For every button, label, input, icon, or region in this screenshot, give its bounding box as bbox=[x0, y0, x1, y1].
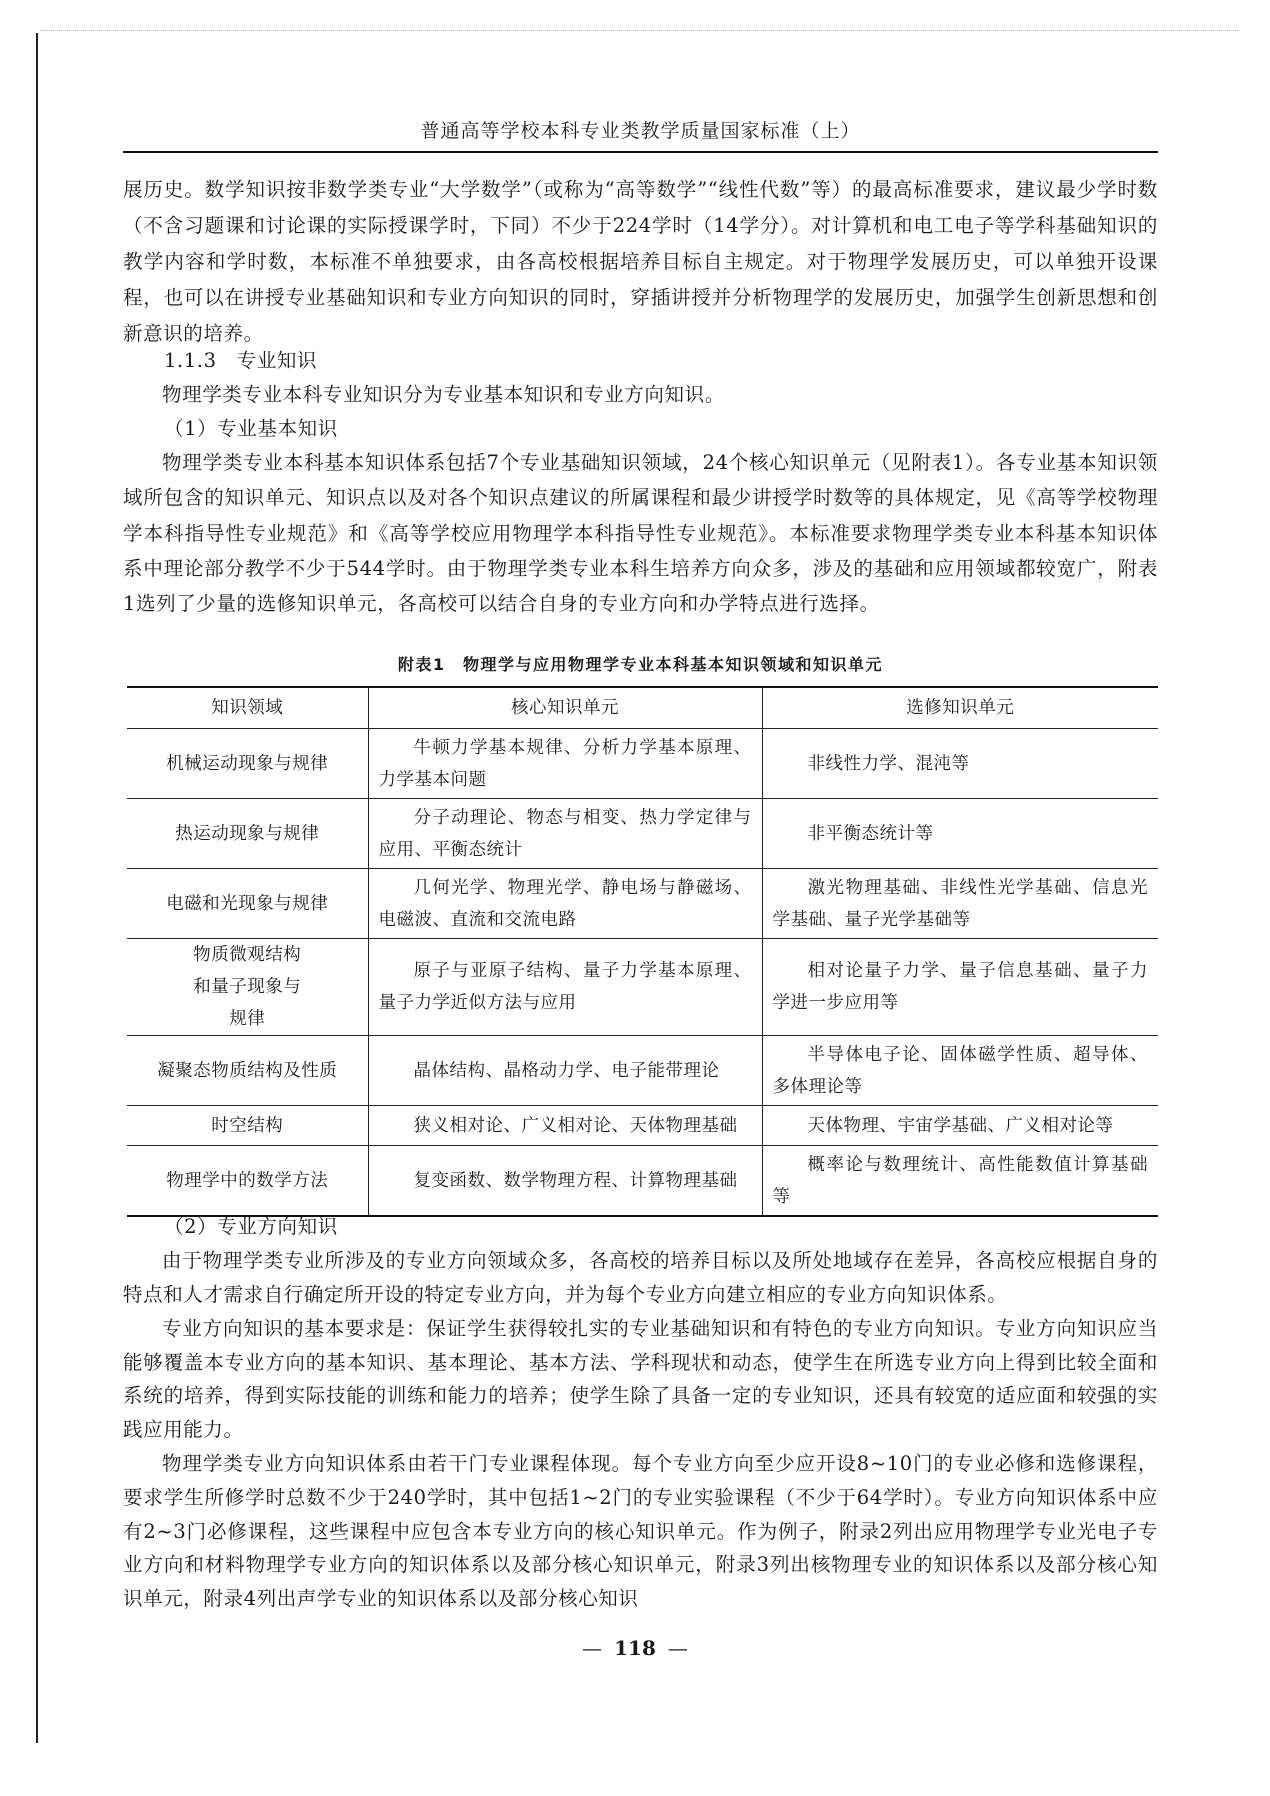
paragraph-math-history: 展历史。数学知识按非数学类专业“大学数学”（或称为“高等数学”“线性代数”等）的… bbox=[123, 172, 1158, 352]
paragraph-direction-courses: 物理学类专业方向知识体系由若干门专业课程体现。每个专业方向至少应开设8~10门的… bbox=[123, 1447, 1158, 1616]
header-rule bbox=[123, 151, 1158, 153]
cell-elective-units: 半导体电子论、固体磁学性质、超导体、多体理论等 bbox=[762, 1036, 1158, 1106]
cell-core-units: 分子动理论、物态与相变、热力学定律与应用、平衡态统计 bbox=[368, 799, 762, 869]
cell-core-units: 牛顿力学基本规律、分析力学基本原理、力学基本问题 bbox=[368, 729, 762, 799]
section-heading-1-1-3: 1.1.3 专业知识 bbox=[164, 343, 317, 379]
cell-core-units: 晶体结构、晶格动力学、电子能带理论 bbox=[368, 1036, 762, 1106]
table-row: 物理学中的数学方法 复变函数、数学物理方程、计算物理基础 概率论与数理统计、高性… bbox=[127, 1146, 1158, 1217]
paragraph-direction-requirements: 专业方向知识的基本要求是：保证学生获得较扎实的专业基础知识和有特色的专业方向知识… bbox=[123, 1312, 1158, 1446]
cell-domain: 物质微观结构和量子现象与规律 bbox=[127, 939, 368, 1036]
running-head: 普通高等学校本科专业类教学质量国家标准（上） bbox=[123, 116, 1158, 143]
cell-domain: 凝聚态物质结构及性质 bbox=[127, 1036, 368, 1106]
cell-core-units: 复变函数、数学物理方程、计算物理基础 bbox=[368, 1146, 762, 1217]
cell-elective-units: 激光物理基础、非线性光学基础、信息光学基础、量子光学基础等 bbox=[762, 869, 1158, 939]
table-row: 机械运动现象与规律 牛顿力学基本规律、分析力学基本原理、力学基本问题 非线性力学… bbox=[127, 729, 1158, 799]
subheading-direction-knowledge: （2）专业方向知识 bbox=[164, 1209, 338, 1245]
cell-core-units: 几何光学、物理光学、静电场与静磁场、电磁波、直流和交流电路 bbox=[368, 869, 762, 939]
left-margin-line bbox=[36, 33, 38, 1743]
cell-domain: 电磁和光现象与规律 bbox=[127, 869, 368, 939]
knowledge-table: 知识领域 核心知识单元 选修知识单元 机械运动现象与规律 牛顿力学基本规律、分析… bbox=[127, 686, 1158, 1217]
paragraph-direction-diversity: 由于物理学类专业所涉及的专业方向领域众多，各高校的培养目标以及所处地域存在差异，… bbox=[123, 1244, 1158, 1312]
paragraph-basic-knowledge: 物理学类专业本科基本知识体系包括7个专业基础知识领域，24个核心知识单元（见附表… bbox=[123, 445, 1158, 621]
cell-domain: 热运动现象与规律 bbox=[127, 799, 368, 869]
cell-elective-units: 非平衡态统计等 bbox=[762, 799, 1158, 869]
page-number-value: 118 bbox=[614, 1636, 656, 1660]
page-number-dash-left: — bbox=[582, 1636, 602, 1660]
cell-elective-units: 概率论与数理统计、高性能数值计算基础等 bbox=[762, 1146, 1158, 1217]
page-number: —118— bbox=[0, 1636, 1270, 1660]
table-row: 凝聚态物质结构及性质 晶体结构、晶格动力学、电子能带理论 半导体电子论、固体磁学… bbox=[127, 1036, 1158, 1106]
column-header-domain: 知识领域 bbox=[127, 687, 368, 729]
table-row: 物质微观结构和量子现象与规律 原子与亚原子结构、量子力学基本原理、量子力学近似方… bbox=[127, 939, 1158, 1036]
cell-elective-units: 天体物理、宇宙学基础、广义相对论等 bbox=[762, 1106, 1158, 1146]
cell-domain: 时空结构 bbox=[127, 1106, 368, 1146]
page-number-dash-right: — bbox=[668, 1636, 688, 1660]
table-row: 时空结构 狭义相对论、广义相对论、天体物理基础 天体物理、宇宙学基础、广义相对论… bbox=[127, 1106, 1158, 1146]
column-header-elective-units: 选修知识单元 bbox=[762, 687, 1158, 729]
table-row: 热运动现象与规律 分子动理论、物态与相变、热力学定律与应用、平衡态统计 非平衡态… bbox=[127, 799, 1158, 869]
subheading-basic-knowledge: （1）专业基本知识 bbox=[164, 411, 338, 447]
cell-domain: 物理学中的数学方法 bbox=[127, 1146, 368, 1217]
column-header-core-units: 核心知识单元 bbox=[368, 687, 762, 729]
cell-elective-units: 相对论量子力学、量子信息基础、量子力学进一步应用等 bbox=[762, 939, 1158, 1036]
table-row: 电磁和光现象与规律 几何光学、物理光学、静电场与静磁场、电磁波、直流和交流电路 … bbox=[127, 869, 1158, 939]
table-header-row: 知识领域 核心知识单元 选修知识单元 bbox=[127, 687, 1158, 729]
paragraph-knowledge-overview: 物理学类专业本科专业知识分为专业基本知识和专业方向知识。 bbox=[123, 377, 1158, 413]
cell-core-units: 原子与亚原子结构、量子力学基本原理、量子力学近似方法与应用 bbox=[368, 939, 762, 1036]
cell-core-units: 狭义相对论、广义相对论、天体物理基础 bbox=[368, 1106, 762, 1146]
cell-domain: 机械运动现象与规律 bbox=[127, 729, 368, 799]
table-caption: 附表1 物理学与应用物理学专业本科基本知识领域和知识单元 bbox=[123, 652, 1158, 675]
scan-artifact-top-edge bbox=[40, 30, 1240, 32]
cell-elective-units: 非线性力学、混沌等 bbox=[762, 729, 1158, 799]
